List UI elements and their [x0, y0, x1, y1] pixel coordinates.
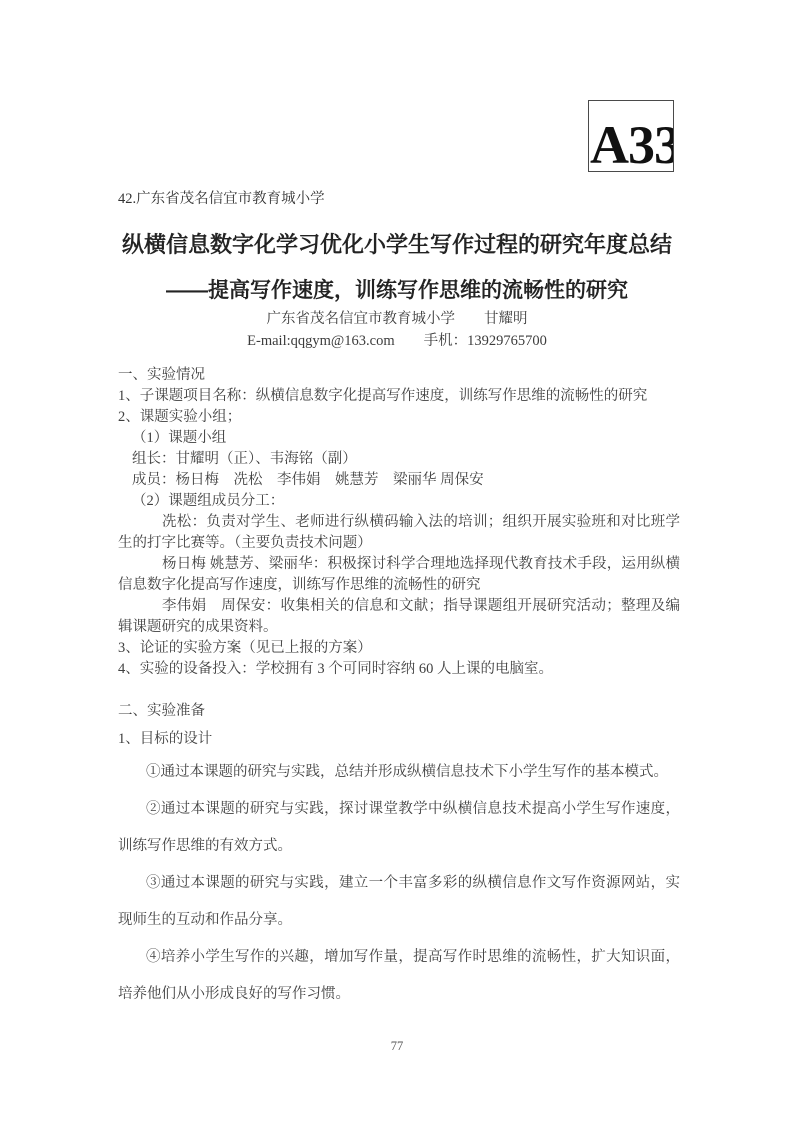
document-body: 一、实验情况 1、子课题项目名称：纵横信息数字化提高写作速度，训练写作思维的流畅… [118, 365, 680, 1013]
member-line: 成员：杨日梅 冼松 李伟娟 姚慧芳 梁丽华 周保安 [118, 470, 680, 491]
goal-paragraph-3: ③通过本课题的研究与实践，建立一个丰富多彩的纵横信息作文写作资源网站，实现师生的… [118, 865, 680, 939]
goal-paragraph-4: ④培养小学生写作的兴趣，增加写作量，提高写作时思维的流畅性，扩大知识面，培养他们… [118, 939, 680, 1013]
header-index-line: 42.广东省茂名信宜市教育城小学 [118, 187, 325, 208]
section-2-heading: 二、实验准备 [118, 701, 680, 722]
document-subtitle: ——提高写作速度，训练写作思维的流畅性的研究 [0, 274, 794, 304]
section-1-sub-1: （1）课题小组 [118, 428, 680, 449]
section-1-item-3: 3、论证的实验方案（见已上报的方案） [118, 638, 680, 659]
document-title: 纵横信息数字化学习优化小学生写作过程的研究年度总结 [0, 228, 794, 259]
author-line: 广东省茂名信宜市教育城小学 甘耀明 [0, 307, 794, 328]
goal-paragraph-1: ①通过本课题的研究与实践，总结并形成纵横信息技术下小学生写作的基本模式。 [118, 754, 680, 791]
corner-label-box: A33 [588, 100, 674, 172]
goal-paragraph-2: ②通过本课题的研究与实践，探讨课堂教学中纵横信息技术提高小学生写作速度，训练写作… [118, 791, 680, 865]
leader-line: 组长：甘耀明（正）、韦海铭（副） [118, 449, 680, 470]
contact-line: E-mail:qqgym@163.com 手机：13929765700 [0, 329, 794, 350]
section-1-heading: 一、实验情况 [118, 365, 680, 386]
duty-paragraph-1: 冼松：负责对学生、老师进行纵横码输入法的培训；组织开展实验班和对比班学生的打字比… [118, 512, 680, 554]
section-1-sub-2: （2）课题组成员分工： [118, 491, 680, 512]
section-1-item-4: 4、实验的设备投入：学校拥有 3 个可同时容纳 60 人上课的电脑室。 [118, 659, 680, 680]
duty-paragraph-3: 李伟娟 周保安：收集相关的信息和文献；指导课题组开展研究活动；整理及编辑课题研究… [118, 596, 680, 638]
page-number: 77 [0, 1039, 794, 1054]
section-1-item-1: 1、子课题项目名称：纵横信息数字化提高写作速度，训练写作思维的流畅性的研究 [118, 386, 680, 407]
corner-label: A33 [589, 121, 674, 171]
section-1-item-2: 2、课题实验小组； [118, 407, 680, 428]
section-2-item-1: 1、目标的设计 [118, 729, 680, 750]
document-page: A33 42.广东省茂名信宜市教育城小学 纵横信息数字化学习优化小学生写作过程的… [0, 0, 794, 1123]
duty-paragraph-2: 杨日梅 姚慧芳、梁丽华：积极探讨科学合理地选择现代教育技术手段，运用纵横信息数字… [118, 554, 680, 596]
